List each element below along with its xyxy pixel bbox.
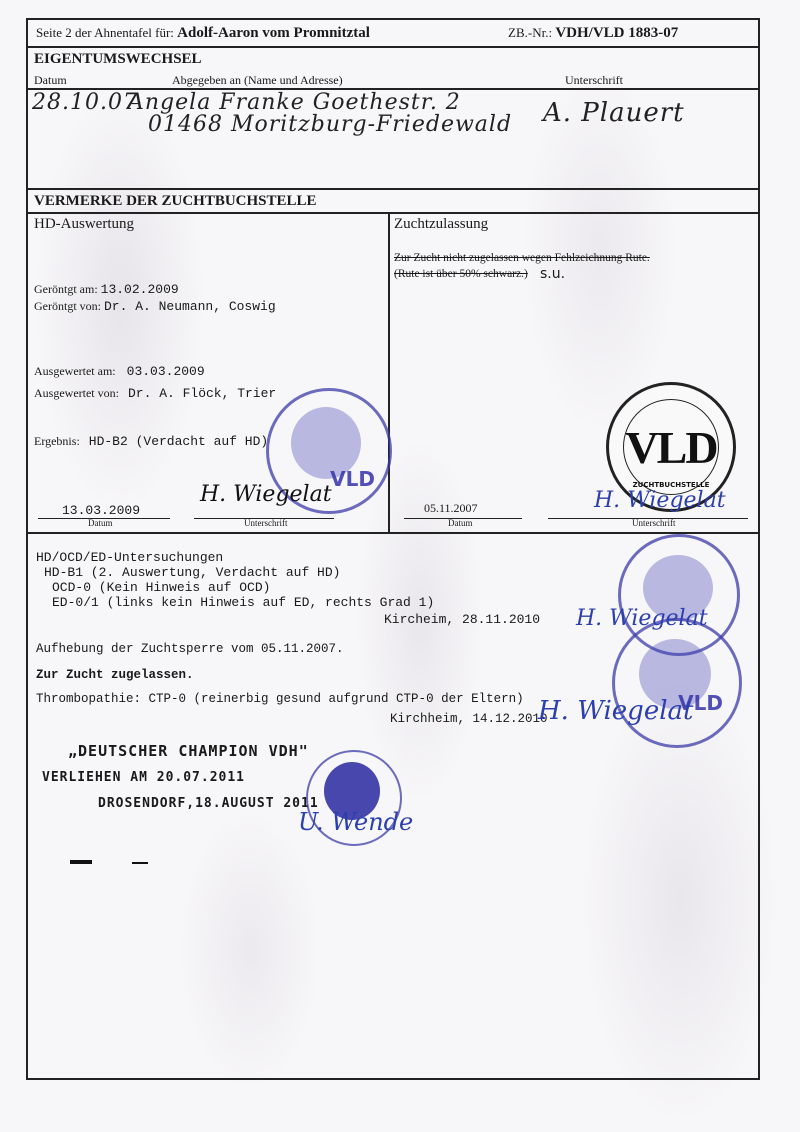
zb-number: ZB.-Nr.: VDH/VLD 1883-07 [508,25,678,42]
examinations-title: HD/OCD/ED-Untersuchungen [36,550,223,565]
exam-line: ED-0/1 (links kein Hinweis auf ED, recht… [52,595,434,610]
breeding-note: s.u. [540,266,565,282]
breeding-date: 05.11.2007 [424,501,478,516]
place-date-1: Kircheim, 28.11.2010 [384,612,540,627]
breeding-signature: H. Wiegelat [594,488,726,513]
hd-signature: H. Wiegelat [200,482,332,507]
ownership-recipient-line2: 01468 Moritzburg-Friedewald [148,112,512,137]
champion-place-date: DROSENDORF,18.AUGUST 2011 [98,796,319,811]
exam-signature-2: H. Wiegelat [538,696,693,726]
exam-signature-1: H. Wiegelat [576,606,708,631]
header-title: Seite 2 der Ahnentafel für: Adolf-Aaron … [36,25,370,42]
approved-text: Zur Zucht zugelassen. [36,668,194,682]
hd-signature-caption: Unterschrift [244,518,287,528]
divider [28,188,758,190]
breeding-signature-caption: Unterschrift [632,518,675,528]
mark [70,860,92,864]
struck-line-1: Zur Zucht nicht zugelassen wegen Fehlzei… [394,252,650,264]
champion-title: „DEUTSCHER CHAMPION VDH" [68,742,309,760]
eval-by: Dr. A. Flöck, Trier [128,386,276,401]
hd-heading: HD-Auswertung [34,216,134,233]
dog-name: Adolf-Aaron vom Promnitztal [177,25,370,41]
stamp-text: VLD [330,467,375,491]
lift-ban-text: Aufhebung der Zuchtsperre vom 05.11.2007… [36,642,344,656]
ownership-col-date: Datum [34,73,67,88]
registry-notes-title: VERMERKE DER ZUCHTBUCHSTELLE [34,193,317,210]
result-label: Ergebnis: [34,434,80,448]
ownership-title: EIGENTUMSWECHSEL [34,51,202,68]
xray-date-label: Geröntgt am: [34,282,98,296]
zb-value: VDH/VLD 1883-07 [555,25,678,41]
champion-awarded: VERLIEHEN AM 20.07.2011 [42,770,245,785]
xray-by: Dr. A. Neumann, Coswig [104,299,276,314]
ownership-date: 28.10.07 [32,90,138,115]
document-frame: Seite 2 der Ahnentafel für: Adolf-Aaron … [26,18,760,1080]
zb-label: ZB.-Nr.: [508,25,552,40]
breeding-date-caption: Datum [448,518,473,528]
divider [28,212,758,214]
eval-date-label: Ausgewertet am: [34,364,116,378]
exam-line: OCD-0 (Kein Hinweis auf OCD) [52,580,270,595]
thrombopathy-text: Thrombopathie: CTP-0 (reinerbig gesund a… [36,692,524,706]
eval-date: 03.03.2009 [127,364,205,379]
divider [28,46,758,48]
hd-date-caption: Datum [88,518,113,528]
eval-by-label: Ausgewertet von: [34,386,119,400]
mark [132,862,148,864]
xray-by-label: Geröntgt von: [34,299,101,313]
result-value: HD-B2 (Verdacht auf HD) [89,434,268,449]
column-divider [388,212,390,532]
xray-date: 13.02.2009 [101,282,179,297]
exam-line: HD-B1 (2. Auswertung, Verdacht auf HD) [44,565,340,580]
ownership-col-signature: Unterschrift [565,73,623,88]
vld-stamp-icon: VLD [612,618,742,748]
hd-date: 13.03.2009 [62,503,140,518]
header-prefix: Seite 2 der Ahnentafel für: [36,25,174,40]
ownership-signature: A. Plauert [543,98,685,128]
place-date-2: Kirchheim, 14.12.2010 [390,712,548,726]
breeding-heading: Zuchtzulassung [394,216,488,233]
ownership-col-recipient: Abgegeben an (Name und Adresse) [172,73,343,88]
champion-signature: U. Wende [298,808,413,836]
divider [28,532,758,534]
struck-line-2: (Rute ist über 50% schwarz.) [394,268,528,280]
